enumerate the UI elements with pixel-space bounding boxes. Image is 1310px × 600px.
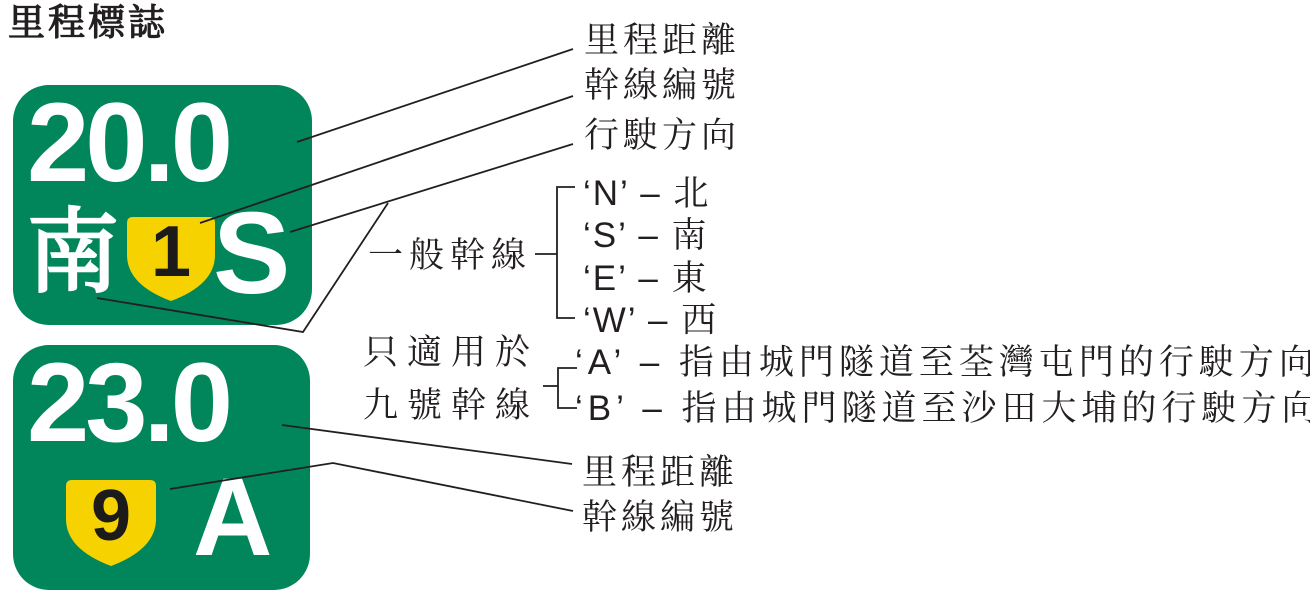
label-distance-bottom: 里程距離 xyxy=(582,455,738,490)
mileage-sign-route1: 20.0 南 1 S xyxy=(13,85,312,325)
direction-letter-sign2: A xyxy=(193,463,272,573)
route-number-sign1: 1 xyxy=(125,216,217,288)
direction-code-row-n: ‘N’ – 北 xyxy=(583,176,710,211)
route-shield-sign2: 9 xyxy=(65,479,157,567)
label-general-routes: 一般幹線 xyxy=(368,238,532,273)
bracket-general-routes xyxy=(557,187,575,318)
label-route9-line1: 只適用於 xyxy=(363,335,539,370)
mileage-sign-route9: 23.0 9 A xyxy=(13,345,310,590)
direction-chinese-sign1: 南 xyxy=(27,207,119,299)
direction-letter-sign1: S xyxy=(213,195,290,311)
distance-value-sign1: 20.0 xyxy=(27,87,229,199)
page-title: 里程標誌 xyxy=(8,4,168,41)
label-route-bottom: 幹線編號 xyxy=(582,500,738,535)
direction-code-row-b: ‘B’ – 指由城門隧道至沙田大埔的行駛方向 xyxy=(575,391,1310,426)
route-number-sign2: 9 xyxy=(65,479,157,553)
mileage-markers-diagram: 里程標誌 20.0 南 1 S 23.0 9 A xyxy=(0,0,1310,600)
direction-code-row-a: ‘A’ – 指由城門隧道至荃灣屯門的行駛方向 xyxy=(575,345,1310,380)
label-direction-top: 行駛方向 xyxy=(584,118,740,153)
route-shield-sign1: 1 xyxy=(125,216,217,302)
distance-value-sign2: 23.0 xyxy=(27,347,229,459)
label-distance-top: 里程距離 xyxy=(584,23,740,58)
direction-code-row-s: ‘S’ – 南 xyxy=(583,218,709,253)
label-route9-line2: 九號幹線 xyxy=(363,388,539,423)
leader-distance-sign1 xyxy=(297,49,573,142)
direction-code-row-w: ‘W’ – 西 xyxy=(583,303,718,338)
direction-code-row-e: ‘E’ – 東 xyxy=(583,261,709,296)
label-route-top: 幹線編號 xyxy=(584,68,740,103)
leader-direction-letter-sign1 xyxy=(290,144,573,232)
leader-distance-sign2 xyxy=(282,425,572,464)
